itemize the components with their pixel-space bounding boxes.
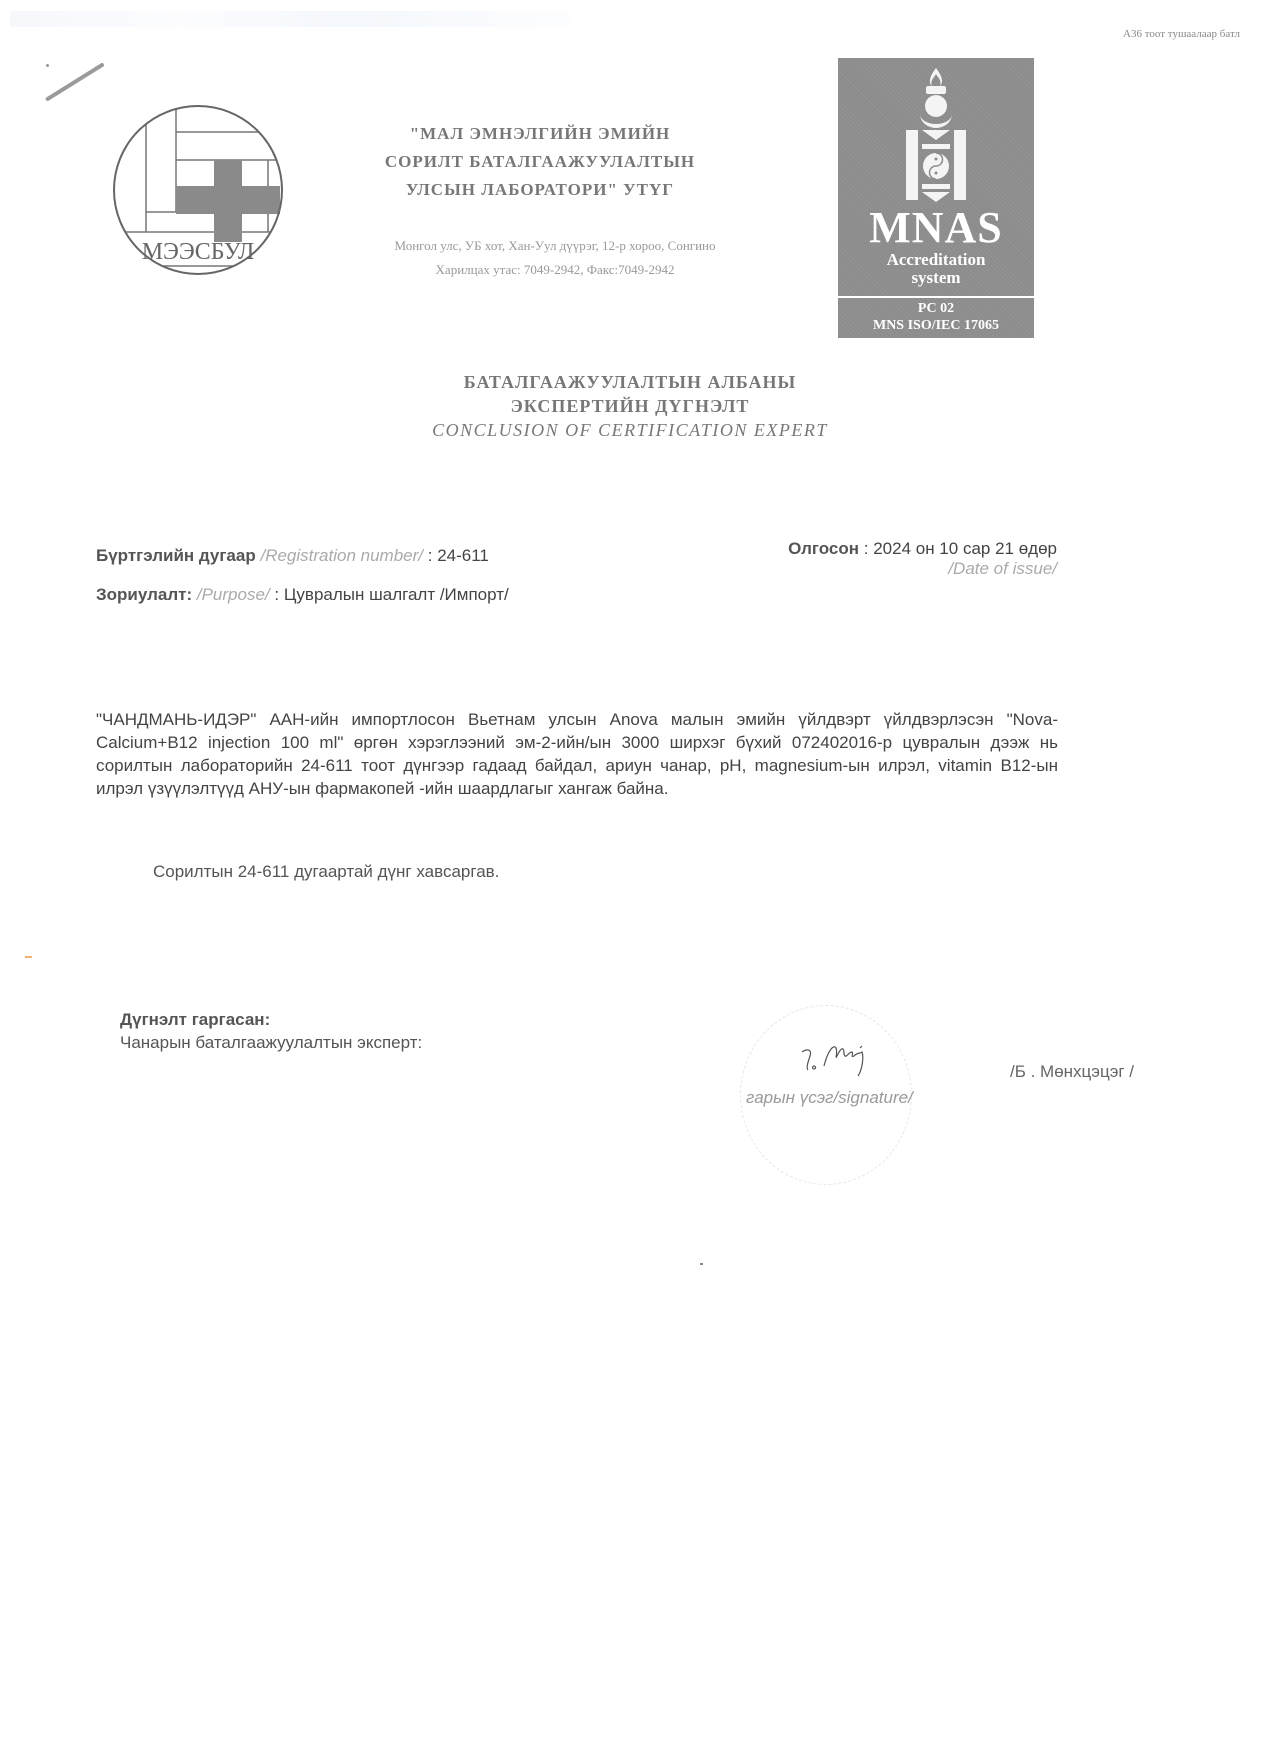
org-name-line: "МАЛ ЭМНЭЛГИЙН ЭМИЙН bbox=[340, 120, 740, 148]
separator: : bbox=[274, 585, 279, 604]
organization-name: "МАЛ ЭМНЭЛГИЙН ЭМИЙН СОРИЛТ БАТАЛГААЖУУЛ… bbox=[340, 120, 740, 204]
phone-fax-line: Харилцах утас: 7049-2942, Факс:7049-2942 bbox=[330, 258, 780, 282]
scan-mark bbox=[25, 956, 32, 958]
purpose-value: Цувралын шалгалт /Импорт/ bbox=[284, 585, 509, 604]
svg-text:МЭЭСБУЛ: МЭЭСБУЛ bbox=[142, 239, 255, 265]
field-label: Бүртгэлийн дугаар bbox=[96, 546, 256, 565]
scan-dot bbox=[46, 64, 49, 67]
mnas-iso-standard: MNS ISO/IEC 17065 bbox=[838, 317, 1034, 334]
scan-dot bbox=[700, 1263, 703, 1265]
issue-date-value: 2024 он 10 сар 21 өдөр bbox=[873, 539, 1057, 558]
mnas-subtitle: Accreditation system bbox=[838, 251, 1034, 287]
mnas-code: PC 02 bbox=[838, 300, 1034, 317]
field-label-en: /Registration number/ bbox=[260, 546, 423, 565]
separator: : bbox=[864, 539, 869, 558]
attachment-note: Сорилтын 24-611 дугаартай дүнг хавсаргав… bbox=[153, 862, 499, 882]
mnas-accreditation-badge: MNAS Accreditation system PC 02 MNS ISO/… bbox=[838, 58, 1034, 338]
scan-artifact-strip bbox=[10, 11, 570, 27]
approval-note: А36 тоот тушаалаар батл bbox=[1123, 28, 1240, 40]
org-name-line: УЛСЫН ЛАБОРАТОРИ" УТҮГ bbox=[340, 176, 740, 204]
address-line: Монгол улс, УБ хот, Хан-Уул дүүрэг, 12-р… bbox=[330, 234, 780, 258]
registration-number-field: Бүртгэлийн дугаар /Registration number/ … bbox=[96, 546, 489, 566]
title-line-en: CONCLUSION OF CERTIFICATION EXPERT bbox=[380, 418, 880, 442]
scan-pen-mark bbox=[45, 62, 105, 101]
red-cross-icon bbox=[176, 160, 280, 242]
handwritten-signature-icon bbox=[800, 1040, 890, 1080]
org-name-line: СОРИЛТ БАТАЛГААЖУУЛАЛТЫН bbox=[340, 148, 740, 176]
organization-address: Монгол улс, УБ хот, Хан-Уул дүүрэг, 12-р… bbox=[330, 234, 780, 282]
registration-number-value: 24-611 bbox=[437, 546, 489, 565]
mnas-standard: PC 02 MNS ISO/IEC 17065 bbox=[838, 300, 1034, 334]
signature-heading: Дүгнэлт гаргасан: bbox=[120, 1010, 270, 1030]
purpose-field: Зориулалт: /Purpose/ : Цувралын шалгалт … bbox=[96, 585, 509, 605]
field-label: Олгосон bbox=[788, 539, 859, 558]
mnas-subtitle-line: system bbox=[838, 269, 1034, 287]
mnas-title: MNAS bbox=[838, 206, 1034, 250]
signer-name: /Б . Мөнхцэцэг / bbox=[1010, 1062, 1134, 1082]
mnas-subtitle-line: Accreditation bbox=[838, 251, 1034, 269]
field-label: Зориулалт: bbox=[96, 585, 192, 604]
soyombo-emblem-icon bbox=[886, 66, 986, 206]
field-label-en: /Date of issue/ bbox=[725, 559, 1057, 579]
mnas-divider bbox=[838, 296, 1034, 298]
field-label-en: /Purpose/ bbox=[197, 585, 270, 604]
title-line-mn: ЭКСПЕРТИЙН ДҮГНЭЛТ bbox=[380, 394, 880, 418]
issue-date-field: Олгосон : 2024 он 10 сар 21 өдөр /Date o… bbox=[725, 539, 1057, 579]
conclusion-paragraph: "ЧАНДМАНЬ-ИДЭР" ААН-ийн импортлосон Вьет… bbox=[96, 708, 1058, 800]
separator: : bbox=[428, 546, 433, 565]
lab-logo: МЭЭСБУЛ bbox=[98, 102, 298, 278]
title-line-mn: БАТАЛГААЖУУЛАЛТЫН АЛБАНЫ bbox=[380, 370, 880, 394]
signature-caption: гарын үсэг/signature/ bbox=[746, 1088, 913, 1108]
signer-role: Чанарын баталгаажуулалтын эксперт: bbox=[120, 1033, 422, 1053]
document-title: БАТАЛГААЖУУЛАЛТЫН АЛБАНЫ ЭКСПЕРТИЙН ДҮГН… bbox=[380, 370, 880, 442]
